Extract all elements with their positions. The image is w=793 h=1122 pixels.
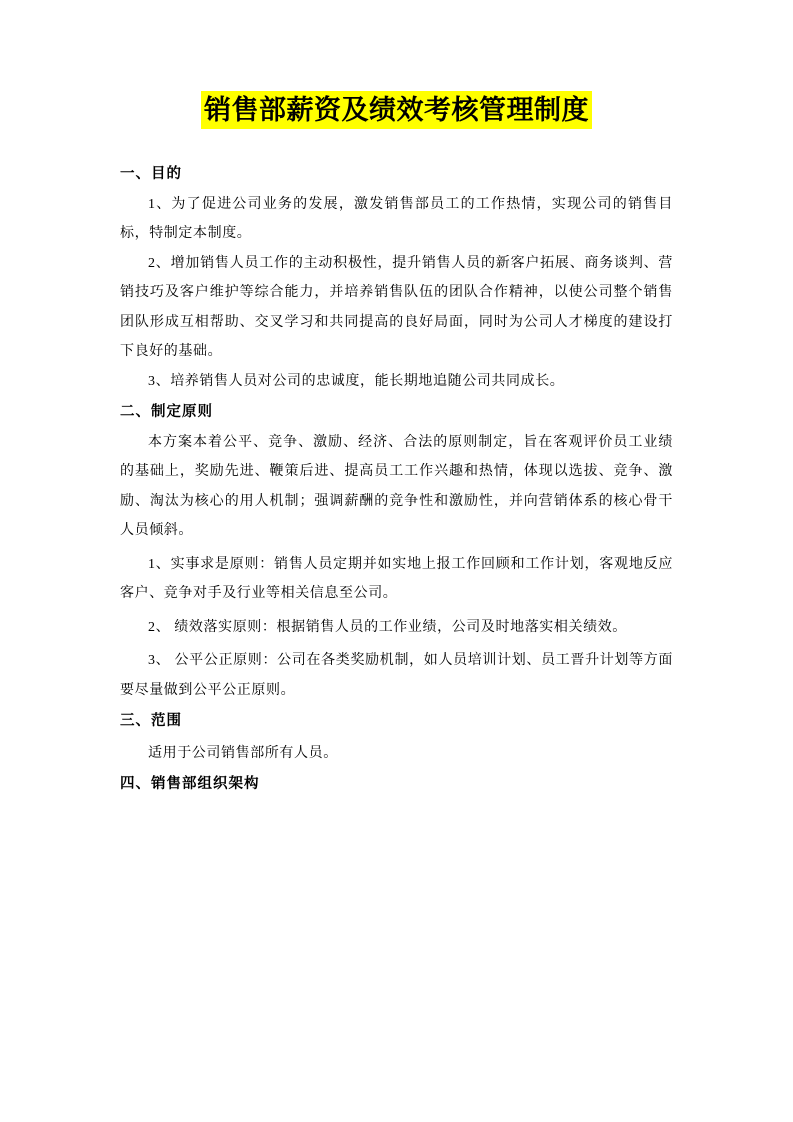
document-title: 销售部薪资及绩效考核管理制度 <box>201 91 592 129</box>
paragraph-principles-3: 3、 公平公正原则：公司在各类奖励机制，如人员培训计划、员工晋升计划等方面要尽量… <box>120 646 673 705</box>
section-heading-principles: 二、制定原则 <box>120 398 673 428</box>
section-heading-scope: 三、范围 <box>120 707 673 737</box>
section-heading-org-structure: 四、销售部组织架构 <box>120 770 673 800</box>
paragraph-principles-1: 1、实事求是原则：销售人员定期并如实地上报工作回顾和工作计划，客观地反应客户、竞… <box>120 550 673 609</box>
document-body: 一、目的 1、为了促进公司业务的发展，激发销售部员工的工作热情，实现公司的销售目… <box>120 160 673 800</box>
paragraph-principles-intro: 本方案本着公平、竞争、激励、经济、合法的原则制定，旨在客观评价员工业绩的基础上，… <box>120 428 673 546</box>
document-title-line: 销售部薪资及绩效考核管理制度 <box>120 0 673 133</box>
paragraph-principles-2: 2、 绩效落实原则：根据销售人员的工作业绩，公司及时地落实相关绩效。 <box>120 613 673 643</box>
paragraph-purpose-2: 2、增加销售人员工作的主动积极性，提升销售人员的新客户拓展、商务谈判、营销技巧及… <box>120 249 673 367</box>
paragraph-purpose-3: 3、培养销售人员对公司的忠诚度，能长期地追随公司共同成长。 <box>120 367 673 397</box>
document-page: 销售部薪资及绩效考核管理制度 一、目的 1、为了促进公司业务的发展，激发销售部员… <box>0 0 793 1122</box>
paragraph-purpose-1: 1、为了促进公司业务的发展，激发销售部员工的工作热情，实现公司的销售目标，特制定… <box>120 190 673 249</box>
section-heading-purpose: 一、目的 <box>120 160 673 190</box>
paragraph-scope-1: 适用于公司销售部所有人员。 <box>120 739 673 769</box>
